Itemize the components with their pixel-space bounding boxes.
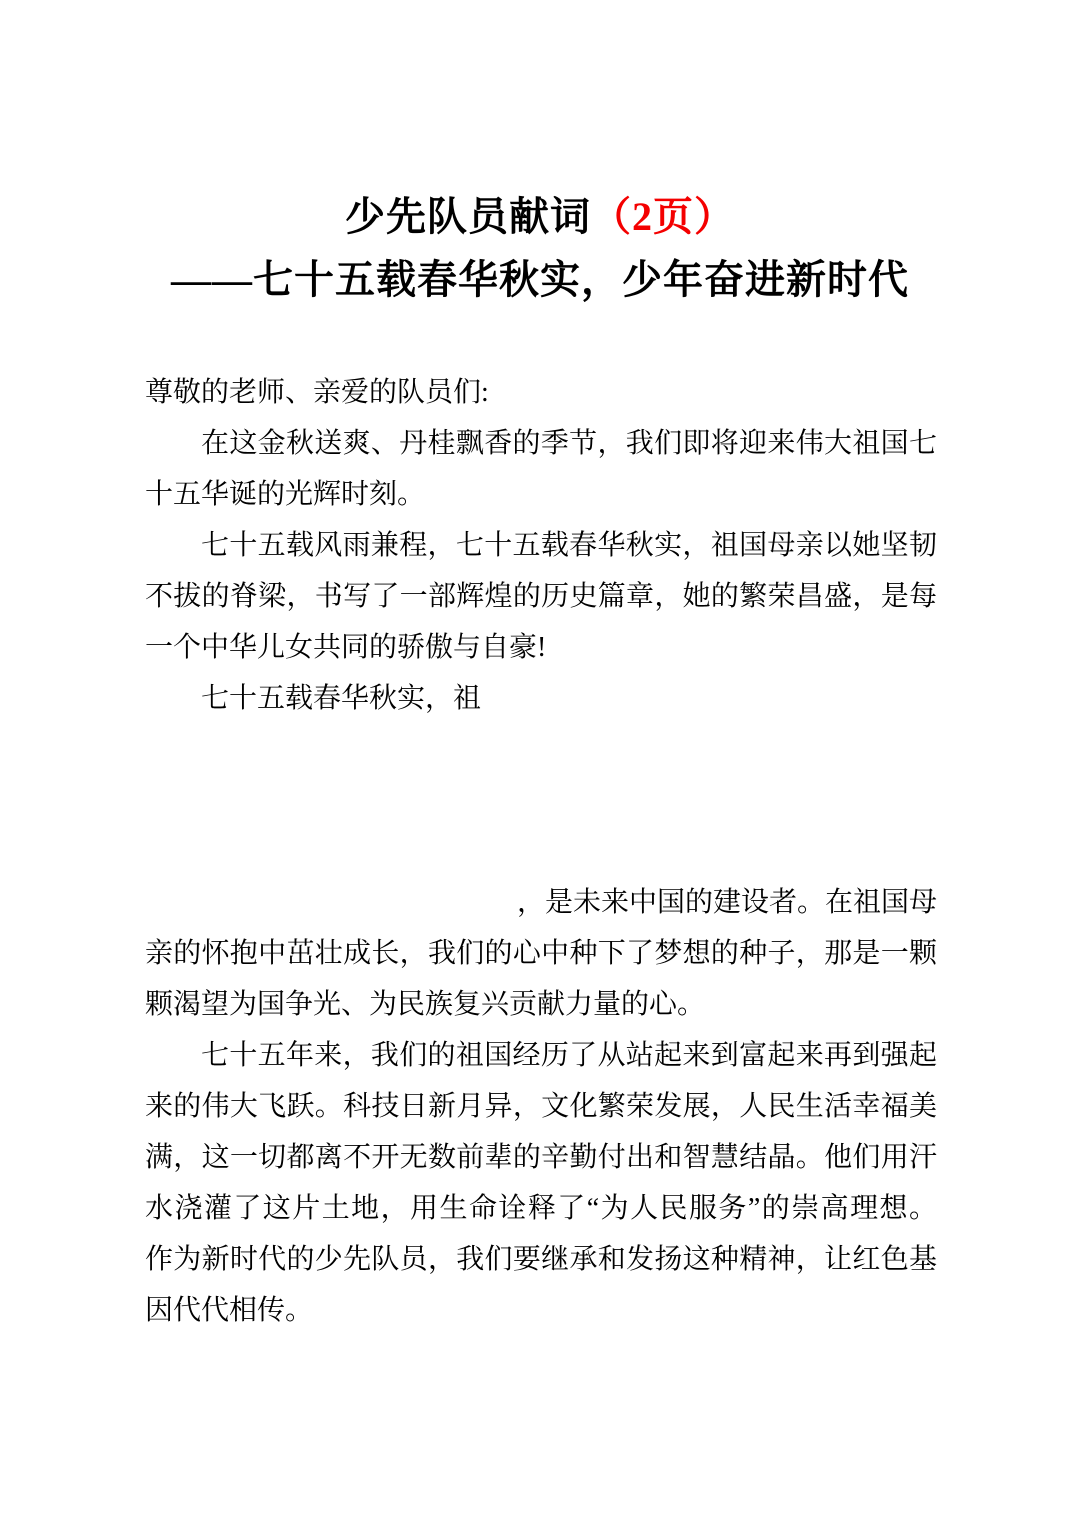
text-line: 七十五年来，我们的祖国经历了从站起来到富起来再到强起 xyxy=(145,1030,937,1081)
document-page: 少先队员献词（2页） ——七十五载春华秋实，少年奋进新时代 尊敬的老师、亲爱的队… xyxy=(0,0,1080,1527)
text-line-blank xyxy=(145,724,937,775)
document-subtitle: ——七十五载春华秋实，少年奋进新时代 xyxy=(0,252,1080,308)
text-line: 因代代相传。 xyxy=(145,1285,937,1336)
text-line: 亲的怀抱中茁壮成长，我们的心中种下了梦想的种子，那是一颗 xyxy=(145,928,937,979)
text-line-blank xyxy=(145,826,937,877)
title-page-count: （2页） xyxy=(591,194,735,239)
text-line: 在这金秋送爽、丹桂飘香的季节，我们即将迎来伟大祖国七 xyxy=(145,418,937,469)
text-line: 十五华诞的光辉时刻。 xyxy=(145,469,937,520)
text-line: 水浇灌了这片土地，用生命诠释了“为人民服务”的崇高理想。 xyxy=(145,1183,937,1234)
text-line-salutation: 尊敬的老师、亲爱的队员们: xyxy=(145,367,937,418)
text-line-continuation: ，是未来中国的建设者。在祖国母 xyxy=(145,877,937,928)
document-body: 尊敬的老师、亲爱的队员们: 在这金秋送爽、丹桂飘香的季节，我们即将迎来伟大祖国七… xyxy=(145,367,937,1336)
text-line-truncated: 七十五载春华秋实，祖 xyxy=(145,673,937,724)
document-title: 少先队员献词（2页） xyxy=(0,190,1080,244)
text-line: 满，这一切都离不开无数前辈的辛勤付出和智慧结晶。他们用汗 xyxy=(145,1132,937,1183)
text-line: 七十五载风雨兼程，七十五载春华秋实，祖国母亲以她坚韧 xyxy=(145,520,937,571)
title-text: 少先队员献词 xyxy=(345,194,591,239)
text-line: 不拔的脊梁，书写了一部辉煌的历史篇章，她的繁荣昌盛，是每 xyxy=(145,571,937,622)
text-line: 颗渴望为国争光、为民族复兴贡献力量的心。 xyxy=(145,979,937,1030)
text-line: 一个中华儿女共同的骄傲与自豪! xyxy=(145,622,937,673)
text-line: 作为新时代的少先队员，我们要继承和发扬这种精神，让红色基 xyxy=(145,1234,937,1285)
text-line: 来的伟大飞跃。科技日新月异，文化繁荣发展，人民生活幸福美 xyxy=(145,1081,937,1132)
text-line-blank xyxy=(145,775,937,826)
